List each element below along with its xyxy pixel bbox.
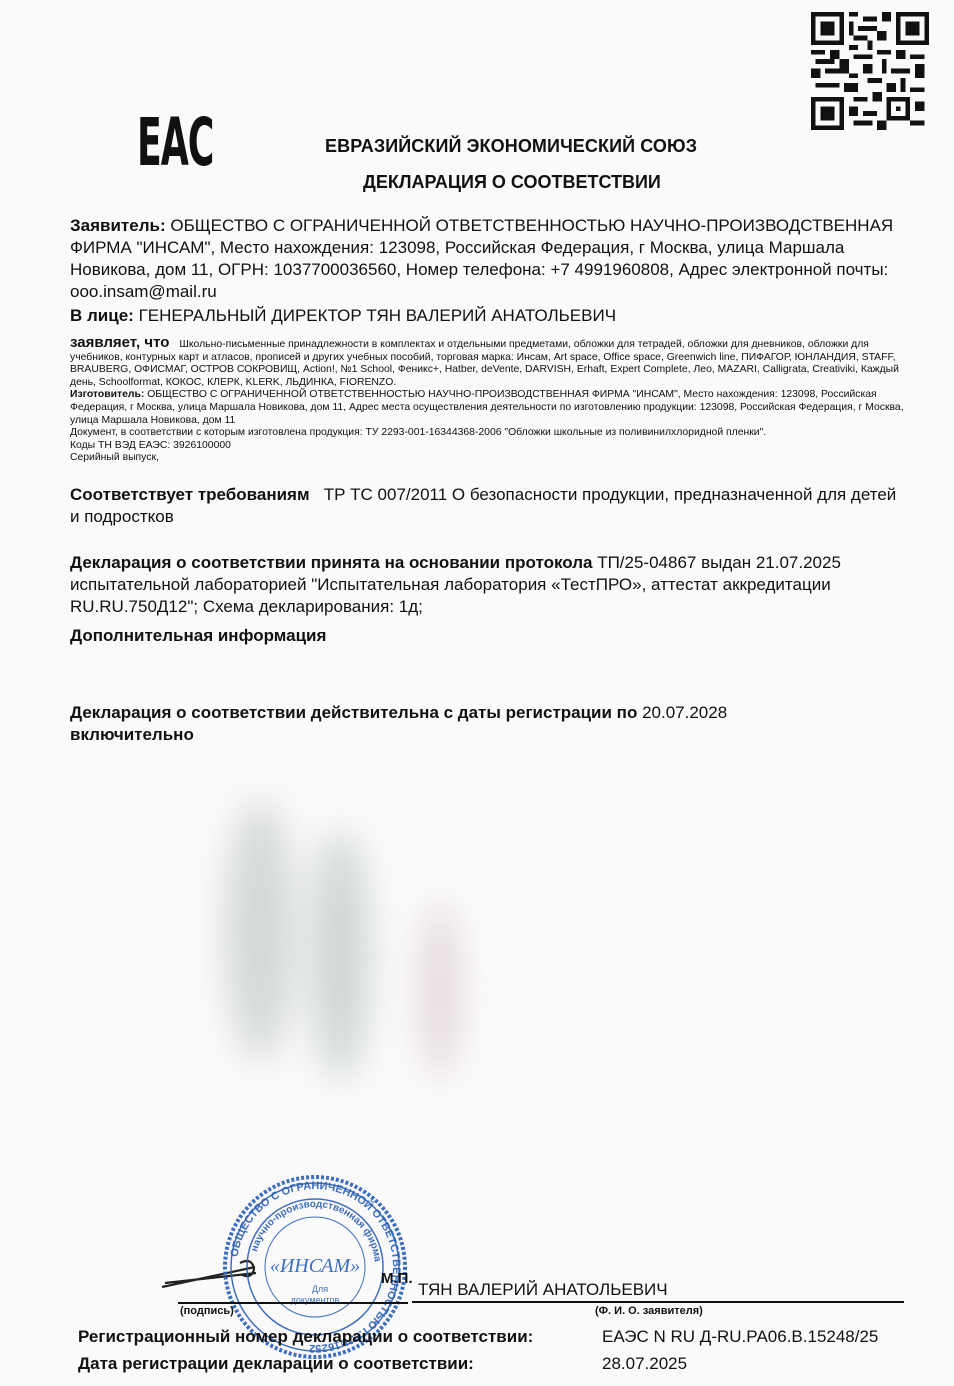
validity-label: Декларация о соответствии действительна … [70, 703, 637, 722]
union-title: ЕВРАЗИЙСКИЙ ЭКОНОМИЧЕСКИЙ СОЮЗ [325, 136, 697, 157]
name-caption: (Ф. И. О. заявителя) [595, 1305, 703, 1317]
declares-block: заявляет, чтоШкольно-письменные принадле… [70, 337, 915, 465]
additional-info-label: Дополнительная информация [70, 626, 326, 645]
svg-text:«ИНСАМ»: «ИНСАМ» [270, 1255, 360, 1277]
applicant-label: Заявитель: [70, 216, 166, 235]
manufacturer-text: ОБЩЕСТВО С ОГРАНИЧЕННОЙ ОТВЕТСТВЕННОСТЬЮ… [70, 389, 904, 425]
conformity-label: Соответствует требованиям [70, 485, 310, 504]
registration-number: ЕАЭС N RU Д-RU.РА06.В.15248/25 [602, 1327, 878, 1347]
applicant-name: ТЯН ВАЛЕРИЙ АНАТОЛЬЕВИЧ [418, 1280, 668, 1300]
conformity-block: Соответствует требованиям ТР ТС 007/2011… [70, 484, 910, 528]
registration-date: 28.07.2025 [602, 1354, 687, 1374]
production-document: Документ, в соответствии с которым изгот… [70, 427, 766, 438]
signature-line [178, 1302, 408, 1304]
manufacturer-label: Изготовитель: [70, 389, 144, 400]
validity-tail: включительно [70, 725, 194, 744]
validity-block: Декларация о соответствии действительна … [70, 702, 790, 746]
applicant-text: ОБЩЕСТВО С ОГРАНИЧЕННОЙ ОТВЕТСТВЕННОСТЬЮ… [70, 216, 893, 301]
document-title: ДЕКЛАРАЦИЯ О СООТВЕТСТВИИ [363, 172, 661, 193]
eac-logo: EAC [137, 110, 213, 176]
applicant-block: Заявитель: ОБЩЕСТВО С ОГРАНИЧЕННОЙ ОТВЕТ… [70, 215, 910, 303]
paper-smudge [225, 800, 295, 1060]
stamp-place-label: М.П. [381, 1270, 413, 1287]
paper-smudge [420, 900, 460, 1080]
validity-date: 20.07.2028 [642, 703, 727, 722]
registration-number-label: Регистрационный номер декларации о соотв… [78, 1327, 533, 1347]
serial-release: Серийный выпуск, [70, 452, 159, 463]
basis-label: Декларация о соответствии принята на осн… [70, 553, 592, 572]
tn-ved-codes: Коды ТН ВЭД ЕАЭС: 3926100000 [70, 440, 231, 451]
additional-info: Дополнительная информация [70, 625, 910, 647]
basis-block: Декларация о соответствии принята на осн… [70, 552, 910, 618]
qr-code-icon [808, 12, 932, 130]
declaration-page: EAC ЕВРАЗИЙСКИЙ ЭКОНОМИЧЕСКИЙ СОЮЗ ДЕКЛА… [0, 0, 954, 1386]
paper-smudge [310, 830, 370, 1080]
declares-label: заявляет, что [70, 334, 169, 351]
representative-text: ГЕНЕРАЛЬНЫЙ ДИРЕКТОР ТЯН ВАЛЕРИЙ АНАТОЛЬ… [139, 306, 616, 325]
name-line [412, 1301, 904, 1303]
representative-block: В лице: ГЕНЕРАЛЬНЫЙ ДИРЕКТОР ТЯН ВАЛЕРИЙ… [70, 305, 910, 327]
product-description: Школьно-письменные принадлежности в комп… [70, 339, 899, 388]
svg-text:Для: Для [312, 1284, 328, 1294]
signature-caption: (подпись) [180, 1305, 234, 1317]
representative-label: В лице: [70, 306, 134, 325]
registration-date-label: Дата регистрации декларации о соответств… [78, 1354, 474, 1374]
